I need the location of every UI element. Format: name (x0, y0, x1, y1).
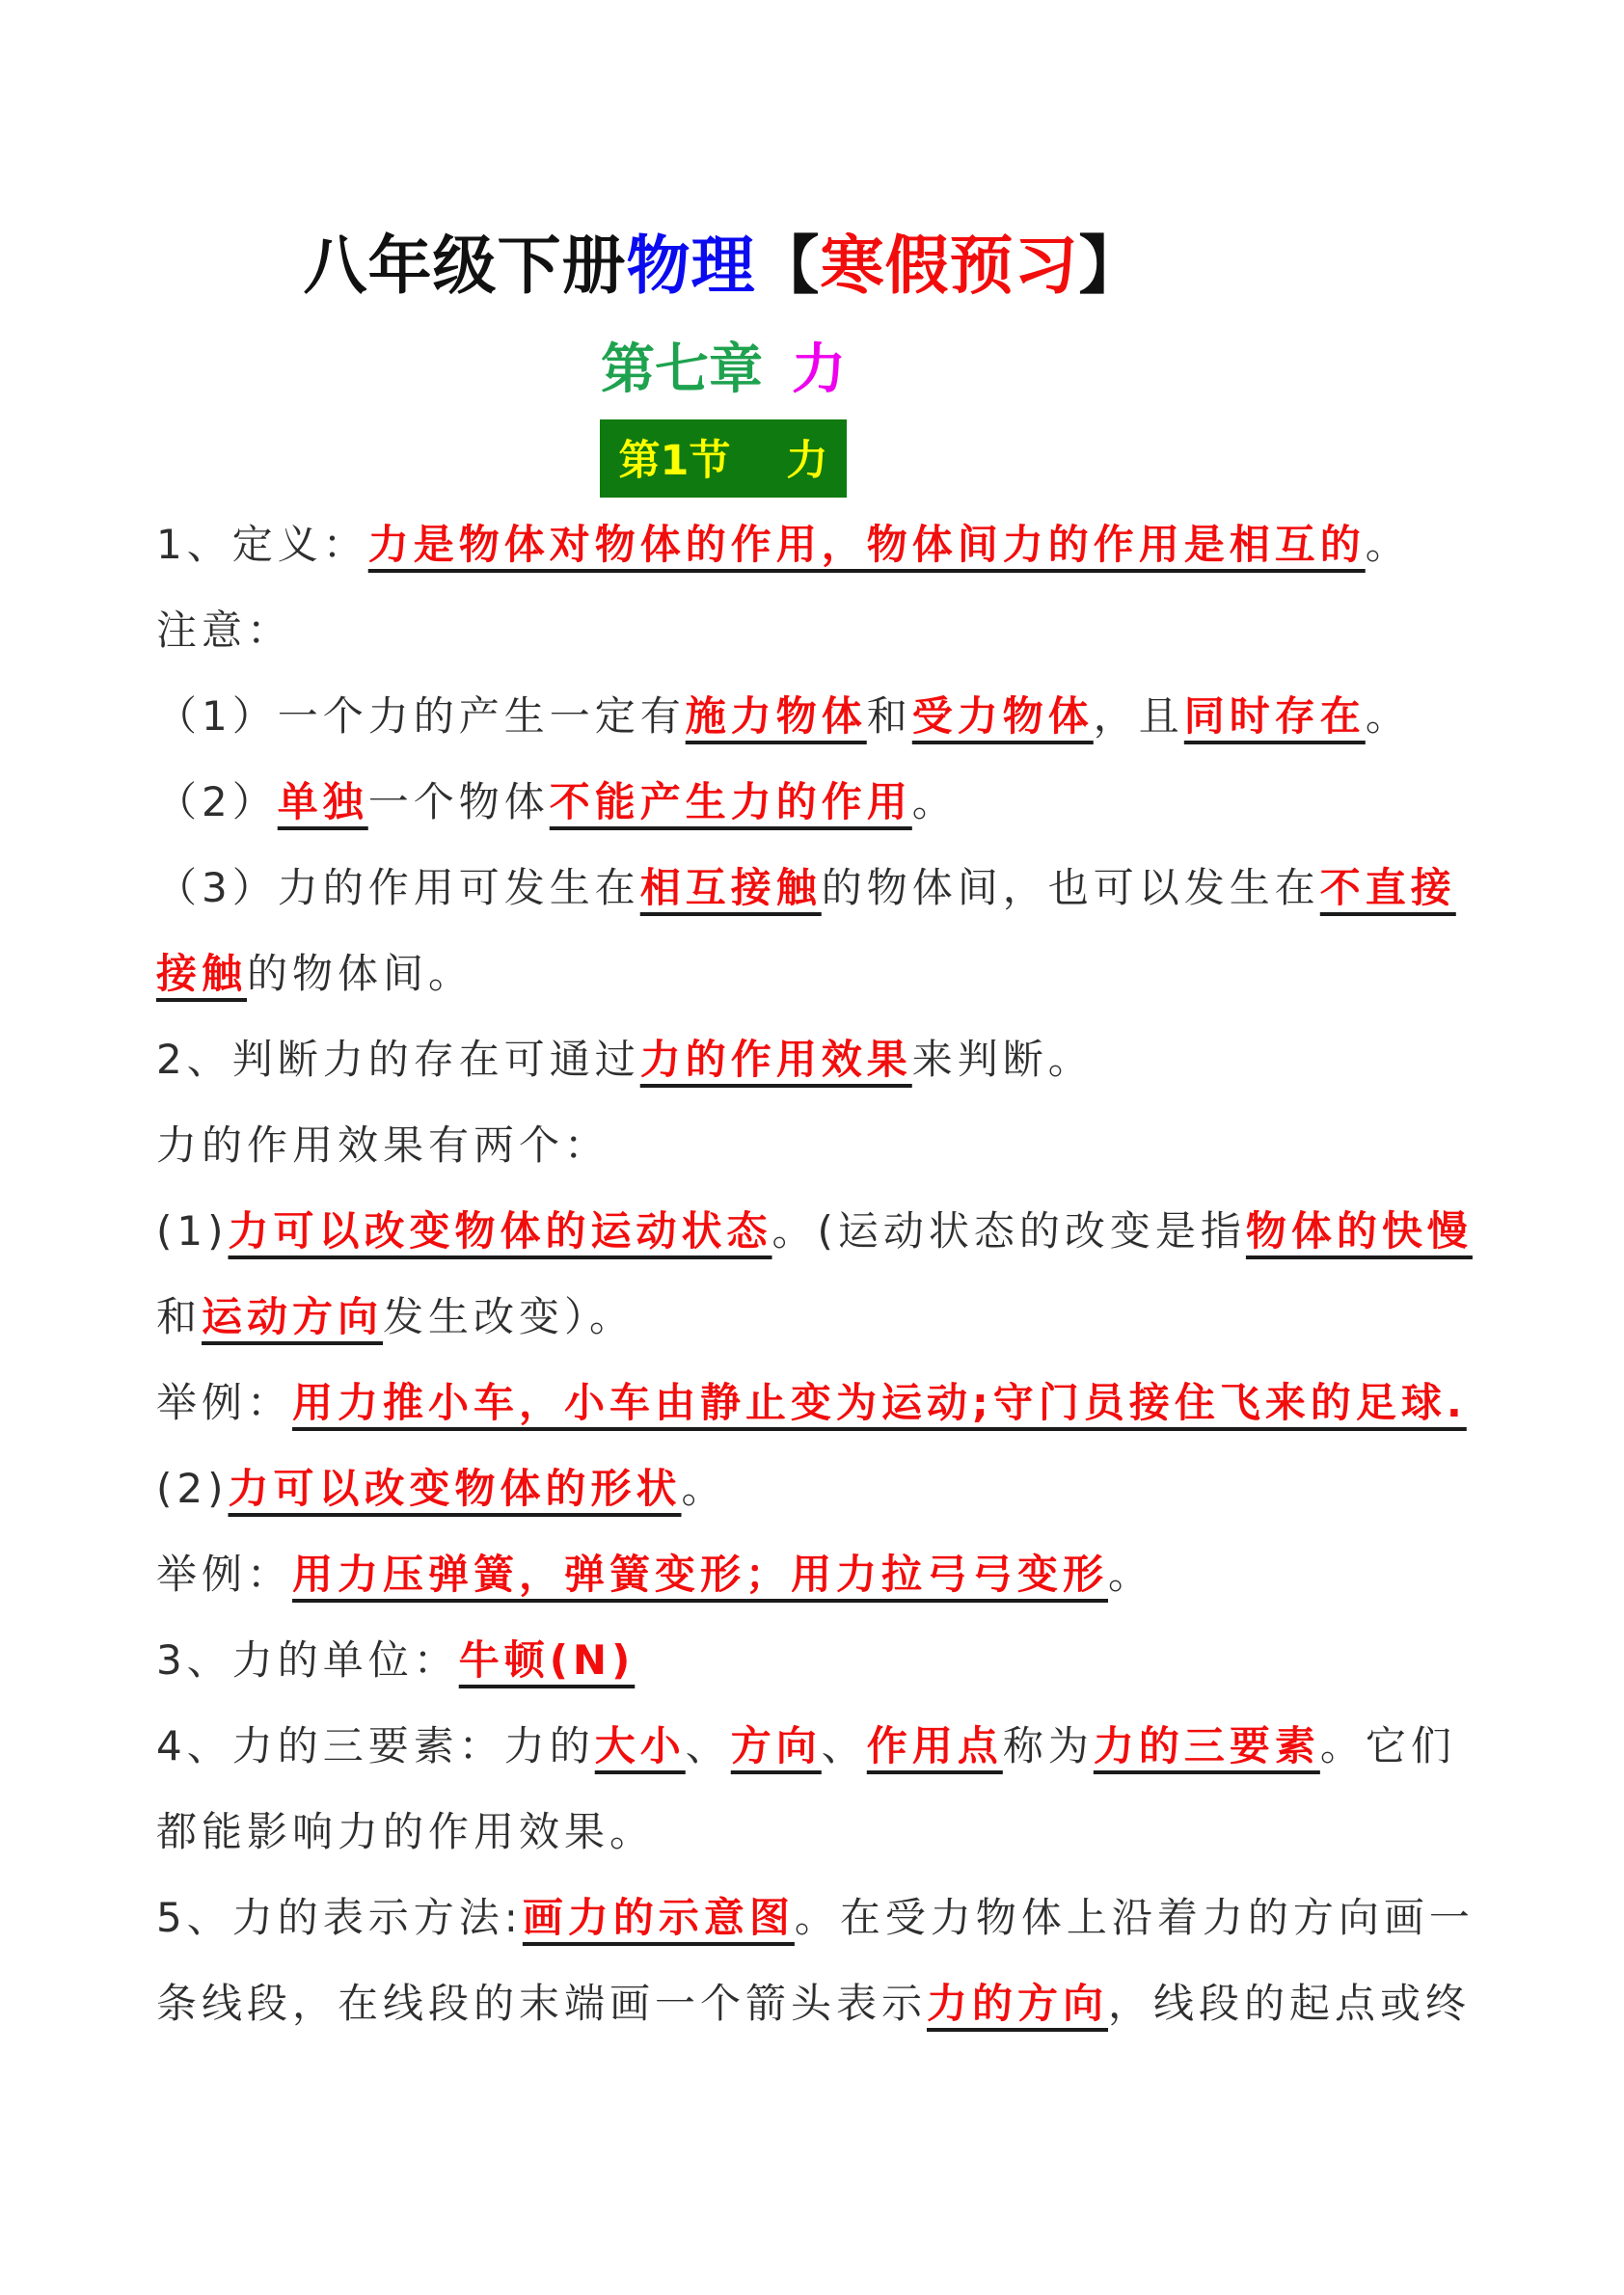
section-heading: 第1节力 (600, 419, 848, 498)
definition-key-text: 力是物体对物体的作用，物体间力的作用是相互的 (368, 521, 1366, 568)
title-bracket-close: 】 (1079, 229, 1144, 303)
example-2: 举例：用力压弹簧，弹簧变形；用力拉弓弓变形。 (156, 1531, 1506, 1617)
three-elements-continuation: 都能影响力的作用效果。 (156, 1789, 1506, 1875)
representation-continuation: 条线段，在线段的末端画一个箭头表示力的方向，线段的起点或终 (156, 1960, 1506, 2046)
title-grade: 八年级下册 (304, 229, 627, 303)
document-body: 1、定义：力是物体对物体的作用，物体间力的作用是相互的。 注意： （1）一个力的… (156, 501, 1506, 2046)
chapter-name: 力 (792, 338, 846, 401)
note-item-3: （3）力的作用可发生在相互接触的物体间，也可以发生在不直接 (156, 845, 1506, 931)
section-name: 力 (786, 437, 827, 485)
judge-force-line: 2、判断力的存在可通过力的作用效果来判断。 (156, 1016, 1506, 1102)
title-subject: 物理 (627, 229, 756, 303)
effects-intro: 力的作用效果有两个： (156, 1102, 1506, 1188)
headings: 八年级下册物理【寒假预习】 第七章力 第1节力 (145, 214, 1302, 498)
effect-2: (2)力可以改变物体的形状。 (156, 1445, 1506, 1531)
unit-line: 3、力的单位：牛顿(N) (156, 1617, 1506, 1703)
definition-line: 1、定义：力是物体对物体的作用，物体间力的作用是相互的。 (156, 501, 1506, 587)
document-title: 八年级下册物理【寒假预习】 (145, 214, 1302, 306)
title-bracket-open: 【 (756, 229, 821, 303)
section-label: 第1节 (619, 437, 731, 485)
chapter-heading: 第七章力 (145, 327, 1302, 404)
chapter-label: 第七章 (601, 338, 763, 401)
three-elements-line: 4、力的三要素：力的大小、方向、作用点称为力的三要素。它们 (156, 1703, 1506, 1789)
effect-1: (1)力可以改变物体的运动状态。(运动状态的改变是指物体的快慢 (156, 1188, 1506, 1274)
definition-label: 1、定义： (156, 521, 368, 568)
effect-1-continuation: 和运动方向发生改变）。 (156, 1274, 1506, 1360)
note-item-2: （2）单独一个物体不能产生力的作用。 (156, 759, 1506, 845)
note-label: 注意： (156, 587, 1506, 673)
representation-line: 5、力的表示方法:画力的示意图。在受力物体上沿着力的方向画一 (156, 1875, 1506, 1960)
example-1: 举例：用力推小车，小车由静止变为运动;守门员接住飞来的足球. (156, 1360, 1506, 1445)
title-tag: 寒假预习 (821, 229, 1079, 303)
note-item-1: （1）一个力的产生一定有施力物体和受力物体，且同时存在。 (156, 673, 1506, 759)
note-item-3-continuation: 接触的物体间。 (156, 931, 1506, 1016)
